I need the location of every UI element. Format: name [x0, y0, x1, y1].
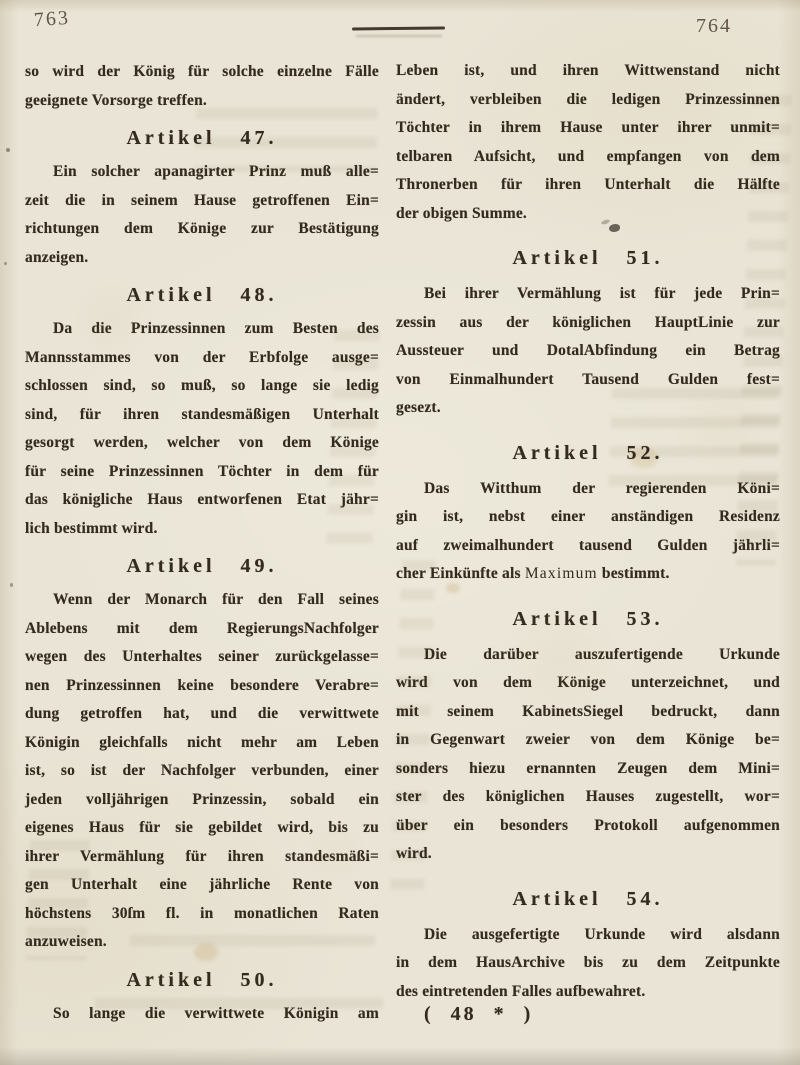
- speck: [6, 148, 10, 152]
- text-line: sind, für ihren standesmäßigen Unterhalt: [25, 401, 379, 430]
- article-heading: Artikel 53.: [396, 607, 780, 631]
- text-line: Ablebens mit dem RegierungsNachfolger: [25, 615, 379, 644]
- text-line: das königliche Haus entworfenen Etat jäh…: [25, 486, 379, 515]
- text-line: richtungen dem Könige zur Bestätigung: [25, 215, 379, 244]
- scanned-book-page: 763 764 so wird der König für solche ein…: [0, 0, 800, 1065]
- text-line: ist, so ist der Nachfolger verbunden, ei…: [25, 757, 379, 786]
- page-number-left: 763: [33, 7, 71, 32]
- text-line: des eintretenden Falles aufbewahret.: [396, 978, 780, 1007]
- text-line: gesorgt werden, welcher von dem Könige: [25, 429, 379, 458]
- text-line: ihrer Vermählung für ihren standesmäßi=: [25, 843, 379, 872]
- text-line: eigenes Haus für sie gebildet wird, bis …: [25, 814, 379, 843]
- paragraph: Bei ihrer Vermählung ist für jede Prin=z…: [396, 280, 780, 423]
- paragraph: Leben ist, und ihren Wittwenstand nichtä…: [396, 57, 780, 228]
- page-number-right: 764: [696, 15, 732, 38]
- article-heading: Artikel 49.: [25, 554, 379, 578]
- text-line: telbaren Aufsicht, und empfangen von dem: [396, 143, 780, 172]
- text-line: dung getroffen hat, und die verwittwete: [25, 700, 379, 729]
- text-line: gen Unterhalt eine jährliche Rente von: [25, 871, 379, 900]
- text-line: wird von dem Könige unterzeichnet, und: [396, 669, 780, 698]
- header-rule-ghost: [356, 35, 442, 37]
- antiqua-word: Maximum: [525, 565, 598, 582]
- text-line: von Einmalhundert Tausend Gulden fest=: [396, 366, 780, 395]
- paragraph: Wenn der Monarch für den Fall seinesAble…: [25, 586, 379, 957]
- text-line: cher Einkünfte als Maximum bestimmt.: [396, 560, 780, 589]
- text-line: in dem HausArchive bis zu dem Zeitpunkte: [396, 949, 780, 978]
- text-line: So lange die verwittwete Königin am: [25, 1000, 379, 1029]
- text-line: Die darüber auszufertigende Urkunde: [396, 641, 780, 670]
- text-line: zeit die in seinem Hause getroffenen Ein…: [25, 187, 379, 216]
- text-line: anzuweisen.: [25, 928, 379, 957]
- right-text-column: Leben ist, und ihren Wittwenstand nichtä…: [396, 57, 780, 1006]
- text-line: so wird der König für solche einzelne Fä…: [25, 58, 379, 87]
- text-line: zessin aus der königlichen HauptLinie zu…: [396, 309, 780, 338]
- header-rule: [352, 27, 445, 31]
- text-line: nen Prinzessinnen keine besondere Verabr…: [25, 672, 379, 701]
- article-heading: Artikel 50.: [25, 968, 379, 992]
- text-line: auf zweimalhundert tausend Gulden jährli…: [396, 532, 780, 561]
- speck: [10, 583, 13, 587]
- text-line: Mannsstammes von der Erbfolge ausge=: [25, 344, 379, 373]
- text-line: ändert, verbleiben die ledigen Prinzessi…: [396, 86, 780, 115]
- article-heading: Artikel 54.: [396, 887, 780, 911]
- text-line: sonders hiezu ernannten Zeugen dem Mini=: [396, 755, 780, 784]
- text-line: über ein besonders Protokoll aufgenommen: [396, 812, 780, 841]
- text-line: für seine Prinzessinnen Töchter in dem f…: [25, 458, 379, 487]
- text-line: gesezt.: [396, 394, 780, 423]
- text-line: mit seinem KabinetsSiegel bedruckt, dann: [396, 698, 780, 727]
- paragraph: so wird der König für solche einzelne Fä…: [25, 58, 379, 115]
- text-line: Thronerben für ihren Unterhalt die Hälft…: [396, 171, 780, 200]
- paragraph: Da die Prinzessinnen zum Besten desManns…: [25, 315, 379, 543]
- paragraph: Die ausgefertigte Urkunde wird alsdannin…: [396, 921, 780, 1007]
- paragraph: Das Witthum der regierenden Köni=gin ist…: [396, 475, 780, 589]
- text-line: ster des königlichen Hauses zugestellt, …: [396, 783, 780, 812]
- left-text-column: so wird der König für solche einzelne Fä…: [25, 58, 379, 1028]
- article-heading: Artikel 52.: [396, 441, 780, 465]
- article-heading: Artikel 48.: [25, 283, 379, 307]
- paragraph: Ein solcher apanagirter Prinz muß alle=z…: [25, 158, 379, 272]
- text-line: wird.: [396, 840, 780, 869]
- text-line: Da die Prinzessinnen zum Besten des: [25, 315, 379, 344]
- text-line: Ein solcher apanagirter Prinz muß alle=: [25, 158, 379, 187]
- text-line: geeignete Vorsorge treffen.: [25, 87, 379, 116]
- text-line: Bei ihrer Vermählung ist für jede Prin=: [396, 280, 780, 309]
- speck: [4, 262, 7, 265]
- text-line: der obigen Summe.: [396, 200, 780, 229]
- article-heading: Artikel 47.: [25, 126, 379, 150]
- paragraph: So lange die verwittwete Königin am: [25, 1000, 379, 1029]
- article-heading: Artikel 51.: [396, 246, 780, 270]
- text-line: anzeigen.: [25, 244, 379, 273]
- footer-signature-mark: ( 48 * ): [424, 1003, 533, 1026]
- text-line: gin ist, nebst einer anständigen Residen…: [396, 503, 780, 532]
- text-line: Die ausgefertigte Urkunde wird alsdann: [396, 921, 780, 950]
- text-line: schlossen sind, so muß, so lange sie led…: [25, 372, 379, 401]
- text-line: Töchter in ihrem Hause unter ihrer unmit…: [396, 114, 780, 143]
- text-line: Aussteuer und DotalAbfindung ein Betrag: [396, 337, 780, 366]
- text-line: in Gegenwart zweier von dem Könige be=: [396, 726, 780, 755]
- text-line: Leben ist, und ihren Wittwenstand nicht: [396, 57, 780, 86]
- text-line: höchstens 30ſm fl. in monatlichen Raten: [25, 900, 379, 929]
- text-line: wegen des Unterhaltes seiner zurückgelas…: [25, 643, 379, 672]
- text-line: lich bestimmt wird.: [25, 515, 379, 544]
- text-line: Königin gleichfalls nicht mehr am Leben: [25, 729, 379, 758]
- text-line: Das Witthum der regierenden Köni=: [396, 475, 780, 504]
- text-line: Wenn der Monarch für den Fall seines: [25, 586, 379, 615]
- paragraph: Die darüber auszufertigende Urkundewird …: [396, 641, 780, 869]
- text-line: jeden volljährigen Prinzessin, sobald ei…: [25, 786, 379, 815]
